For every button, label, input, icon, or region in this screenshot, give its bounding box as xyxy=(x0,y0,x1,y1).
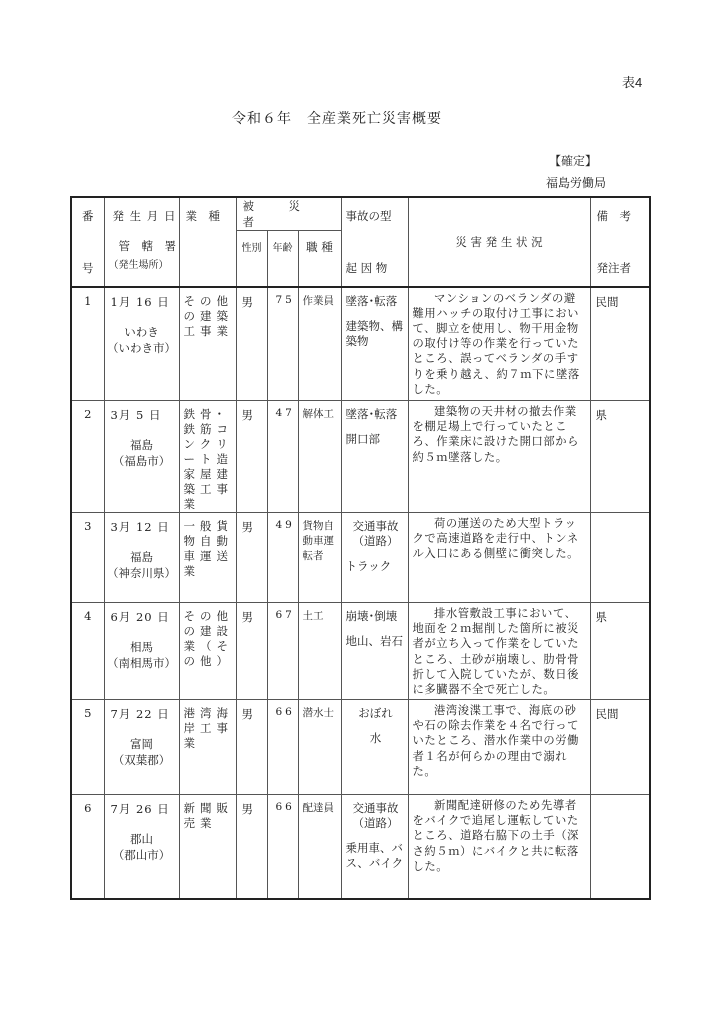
row-sex-value: 男 xyxy=(237,795,267,817)
row-accident-type: 墜落･転落開口部 xyxy=(341,401,408,513)
row-office: いわき xyxy=(105,324,179,340)
row-accident-type-value: 墜落･転落 xyxy=(342,401,408,422)
row-age-value: 49 xyxy=(268,513,298,531)
row-orderer-value: 県 xyxy=(591,401,650,423)
row-job: 貨物自動車運転者 xyxy=(298,513,341,603)
row-date-office: 3月 5 日 福島（福島市） xyxy=(104,401,179,513)
row-job-value: 貨物自動車運転者 xyxy=(299,513,341,564)
row-number: 3 xyxy=(71,513,104,603)
row-date: 7月 26 日 xyxy=(105,795,179,817)
row-place: （双葉郡） xyxy=(105,752,179,768)
row-job-value: 作業員 xyxy=(299,288,341,309)
row-office: 相馬 xyxy=(105,639,179,655)
row-office: 富岡 xyxy=(105,736,179,752)
row-cause-value: 水 xyxy=(342,721,408,746)
row-job: 配達員 xyxy=(298,795,341,899)
table-number-label: 表4 xyxy=(622,72,642,91)
header-job-label: 職 種 xyxy=(306,240,333,254)
row-accident-type: おぼれ水 xyxy=(341,700,408,795)
row-age-value: 66 xyxy=(268,795,298,813)
row-sex-value: 男 xyxy=(237,401,267,423)
header-date-office: 発 生 月 日 管 轄 署 （発生場所） xyxy=(104,197,179,287)
header-sex-label: 性別 xyxy=(242,243,262,254)
row-industry: 新聞販売業 xyxy=(179,795,236,899)
table-row: 4 6月 20 日 相馬（南相馬市） その他の建設業（その他） 男 67 土工 … xyxy=(71,603,650,700)
row-sex-value: 男 xyxy=(237,603,267,625)
row-place: （南相馬市） xyxy=(105,655,179,671)
row-industry: 港湾海岸工事業 xyxy=(179,700,236,795)
table-row: 1 1月 16 日 いわき（いわき市） その他の建築工事業 男 75 作業員 墜… xyxy=(71,287,650,401)
row-orderer xyxy=(590,513,650,603)
header-victim: 被 災 者 xyxy=(236,197,341,231)
status-label: 【確定】 xyxy=(549,152,597,169)
header-situation: 災 害 発 生 状 況 xyxy=(408,197,590,287)
row-industry-value: 港湾海岸工事業 xyxy=(180,700,236,751)
row-sex-value: 男 xyxy=(237,700,267,722)
row-situation: 建築物の天井材の撤去作業を棚足場上で行っていたところ、作業床に設けた開口部から約… xyxy=(408,401,590,513)
header-accident-type-label: 事故の型 xyxy=(346,208,392,224)
row-cause-value: 乗用車、バス、バイク xyxy=(342,831,408,871)
row-date: 6月 20 日 xyxy=(105,603,179,625)
header-industry-label: 業 種 xyxy=(186,208,221,224)
row-place: （神奈川県） xyxy=(105,565,179,581)
row-orderer: 民間 xyxy=(590,287,650,401)
row-orderer: 県 xyxy=(590,603,650,700)
page-title: 令和６年 全産業死亡災害概要 xyxy=(232,108,442,128)
row-orderer: 民間 xyxy=(590,700,650,795)
row-job: 土工 xyxy=(298,603,341,700)
header-remarks-label: 備 考 xyxy=(597,208,632,224)
row-situation: 排水管敷設工事において、地面を２ｍ掘削した箇所に被災者が立ち入って作業をしていた… xyxy=(408,603,590,700)
header-number-top: 番 xyxy=(72,208,104,224)
row-age: 66 xyxy=(267,700,298,795)
row-number-value: 2 xyxy=(72,401,104,421)
row-number: 2 xyxy=(71,401,104,513)
office-label: 福島労働局 xyxy=(546,174,606,191)
row-industry-value: その他の建築工事業 xyxy=(180,288,236,339)
row-accident-type-value: 交通事故（道路） xyxy=(342,513,408,549)
row-job: 解体工 xyxy=(298,401,341,513)
row-number: 6 xyxy=(71,795,104,899)
row-age: 67 xyxy=(267,603,298,700)
row-industry-value: その他の建設業（その他） xyxy=(180,603,236,669)
row-job: 作業員 xyxy=(298,287,341,401)
row-industry-value: 鉄骨･鉄筋コンクリート造家屋建築工事業 xyxy=(180,401,236,512)
row-accident-type: 交通事故（道路）乗用車、バス、バイク xyxy=(341,795,408,899)
row-orderer-value xyxy=(591,795,650,801)
row-accident-type-value: 崩壊･倒壊 xyxy=(342,603,408,624)
table-row: 3 3月 12 日 福島（神奈川県） 一般貨物自動車運送業 男 49 貨物自動車… xyxy=(71,513,650,603)
row-accident-type-value: おぼれ xyxy=(342,700,408,721)
header-age-label: 年齢 xyxy=(273,243,293,254)
row-date-office: 1月 16 日 いわき（いわき市） xyxy=(104,287,179,401)
row-sex: 男 xyxy=(236,795,267,899)
table-row: 5 7月 22 日 富岡（双葉郡） 港湾海岸工事業 男 66 潜水士 おぼれ水 … xyxy=(71,700,650,795)
row-orderer-value: 民間 xyxy=(591,700,650,722)
row-date-office: 7月 26 日 郡山（郡山市） xyxy=(104,795,179,899)
header-orderer-label: 発注者 xyxy=(597,260,632,276)
row-date: 7月 22 日 xyxy=(105,700,179,722)
row-accident-type: 交通事故（道路）トラック xyxy=(341,513,408,603)
row-situation: 荷の運送のため大型トラックで高速道路を走行中、トンネル入口にある側壁に衝突した。 xyxy=(408,513,590,603)
row-accident-type-value: 交通事故（道路） xyxy=(342,795,408,831)
table-row: 6 7月 26 日 郡山（郡山市） 新聞販売業 男 66 配達員 交通事故（道路… xyxy=(71,795,650,899)
row-job-value: 土工 xyxy=(299,603,341,624)
row-sex: 男 xyxy=(236,513,267,603)
row-date: 3月 5 日 xyxy=(105,401,179,423)
header-industry: 業 種 xyxy=(179,197,236,287)
row-job-value: 解体工 xyxy=(299,401,341,422)
row-age: 66 xyxy=(267,795,298,899)
row-age: 49 xyxy=(267,513,298,603)
row-location: 郡山（郡山市） xyxy=(105,831,179,863)
header-victim-label: 被 災 者 xyxy=(243,199,335,229)
row-situation-value: 新聞配達研修のため先導者をバイクで追尾し運転していたところ、道路右脇下の土手（深… xyxy=(409,795,590,874)
header-office: 管 轄 署 xyxy=(119,238,177,254)
row-age-value: 67 xyxy=(268,603,298,621)
row-office: 郡山 xyxy=(105,831,179,847)
row-location: いわき（いわき市） xyxy=(105,324,179,356)
row-situation-value: 建築物の天井材の撤去作業を棚足場上で行っていたところ、作業床に設けた開口部から約… xyxy=(409,401,590,465)
row-sex: 男 xyxy=(236,401,267,513)
table-header-row-1: 番 号 発 生 月 日 管 轄 署 （発生場所） 業 種 被 災 者 事故の型 … xyxy=(71,197,650,231)
row-age-value: 47 xyxy=(268,401,298,419)
row-industry: 一般貨物自動車運送業 xyxy=(179,513,236,603)
row-date: 3月 12 日 xyxy=(105,513,179,535)
row-industry-value: 新聞販売業 xyxy=(180,795,236,831)
header-number: 番 号 xyxy=(71,197,104,287)
row-number-value: 4 xyxy=(72,603,104,623)
row-location: 福島（福島市） xyxy=(105,437,179,469)
row-sex: 男 xyxy=(236,287,267,401)
header-place: （発生場所） xyxy=(109,256,169,271)
row-accident-type: 崩壊･倒壊地山、岩石 xyxy=(341,603,408,700)
row-office: 福島 xyxy=(105,437,179,453)
row-number: 5 xyxy=(71,700,104,795)
row-sex: 男 xyxy=(236,603,267,700)
row-orderer: 県 xyxy=(590,401,650,513)
row-cause-value: トラック xyxy=(342,549,408,574)
table-row: 2 3月 5 日 福島（福島市） 鉄骨･鉄筋コンクリート造家屋建築工事業 男 4… xyxy=(71,401,650,513)
row-age-value: 75 xyxy=(268,288,298,306)
row-industry: 鉄骨･鉄筋コンクリート造家屋建築工事業 xyxy=(179,401,236,513)
header-date: 発 生 月 日 xyxy=(113,208,177,224)
row-orderer-value: 民間 xyxy=(591,288,650,310)
row-number: 1 xyxy=(71,287,104,401)
row-job: 潜水士 xyxy=(298,700,341,795)
row-date-office: 6月 20 日 相馬（南相馬市） xyxy=(104,603,179,700)
row-number-value: 5 xyxy=(72,700,104,720)
row-age-value: 66 xyxy=(268,700,298,718)
row-number-value: 3 xyxy=(72,513,104,533)
row-industry-value: 一般貨物自動車運送業 xyxy=(180,513,236,579)
row-number-value: 1 xyxy=(72,288,104,308)
row-situation-value: 排水管敷設工事において、地面を２ｍ掘削した箇所に被災者が立ち入って作業をしていた… xyxy=(409,603,590,697)
row-sex-value: 男 xyxy=(237,288,267,310)
row-location: 富岡（双葉郡） xyxy=(105,736,179,768)
row-place: （福島市） xyxy=(105,453,179,469)
row-situation-value: 荷の運送のため大型トラックで高速道路を走行中、トンネル入口にある側壁に衝突した。 xyxy=(409,513,590,562)
row-date: 1月 16 日 xyxy=(105,288,179,310)
row-sex-value: 男 xyxy=(237,513,267,535)
row-location: 相馬（南相馬市） xyxy=(105,639,179,671)
header-sex: 性別 xyxy=(236,231,267,287)
row-situation-value: マンションのベランダの避難用ハッチの取付け工事において、脚立を使用し、物干用金物… xyxy=(409,288,590,397)
row-number-value: 6 xyxy=(72,795,104,815)
row-situation: マンションのベランダの避難用ハッチの取付け工事において、脚立を使用し、物干用金物… xyxy=(408,287,590,401)
row-situation: 新聞配達研修のため先導者をバイクで追尾し運転していたところ、道路右脇下の土手（深… xyxy=(408,795,590,899)
row-industry: その他の建築工事業 xyxy=(179,287,236,401)
row-orderer-value xyxy=(591,513,650,519)
row-situation: 港湾浚渫工事で、海底の砂や石の除去作業を４名で行っていたところ、潜水作業中の労働… xyxy=(408,700,590,795)
header-number-bottom: 号 xyxy=(72,260,104,276)
row-accident-type: 墜落･転落建築物、構築物 xyxy=(341,287,408,401)
row-orderer xyxy=(590,795,650,899)
row-cause-value: 建築物、構築物 xyxy=(342,309,408,349)
row-cause-value: 開口部 xyxy=(342,422,408,447)
header-accident-type: 事故の型 起 因 物 xyxy=(341,197,408,287)
row-location: 福島（神奈川県） xyxy=(105,549,179,581)
header-remarks: 備 考 発注者 xyxy=(590,197,650,287)
row-situation-value: 港湾浚渫工事で、海底の砂や石の除去作業を４名で行っていたところ、潜水作業中の労働… xyxy=(409,700,590,779)
header-situation-label: 災 害 発 生 状 況 xyxy=(455,235,542,249)
row-age: 75 xyxy=(267,287,298,401)
row-age: 47 xyxy=(267,401,298,513)
header-age: 年齢 xyxy=(267,231,298,287)
row-place: （郡山市） xyxy=(105,847,179,863)
header-cause-label: 起 因 物 xyxy=(346,260,388,276)
row-sex: 男 xyxy=(236,700,267,795)
row-number: 4 xyxy=(71,603,104,700)
row-place: （いわき市） xyxy=(105,340,179,356)
row-date-office: 3月 12 日 福島（神奈川県） xyxy=(104,513,179,603)
row-job-value: 潜水士 xyxy=(299,700,341,721)
header-job: 職 種 xyxy=(298,231,341,287)
row-industry: その他の建設業（その他） xyxy=(179,603,236,700)
row-accident-type-value: 墜落･転落 xyxy=(342,288,408,309)
row-office: 福島 xyxy=(105,549,179,565)
row-job-value: 配達員 xyxy=(299,795,341,816)
row-date-office: 7月 22 日 富岡（双葉郡） xyxy=(104,700,179,795)
accident-table: 番 号 発 生 月 日 管 轄 署 （発生場所） 業 種 被 災 者 事故の型 … xyxy=(70,196,651,900)
row-cause-value: 地山、岩石 xyxy=(342,624,408,649)
row-orderer-value: 県 xyxy=(591,603,650,625)
